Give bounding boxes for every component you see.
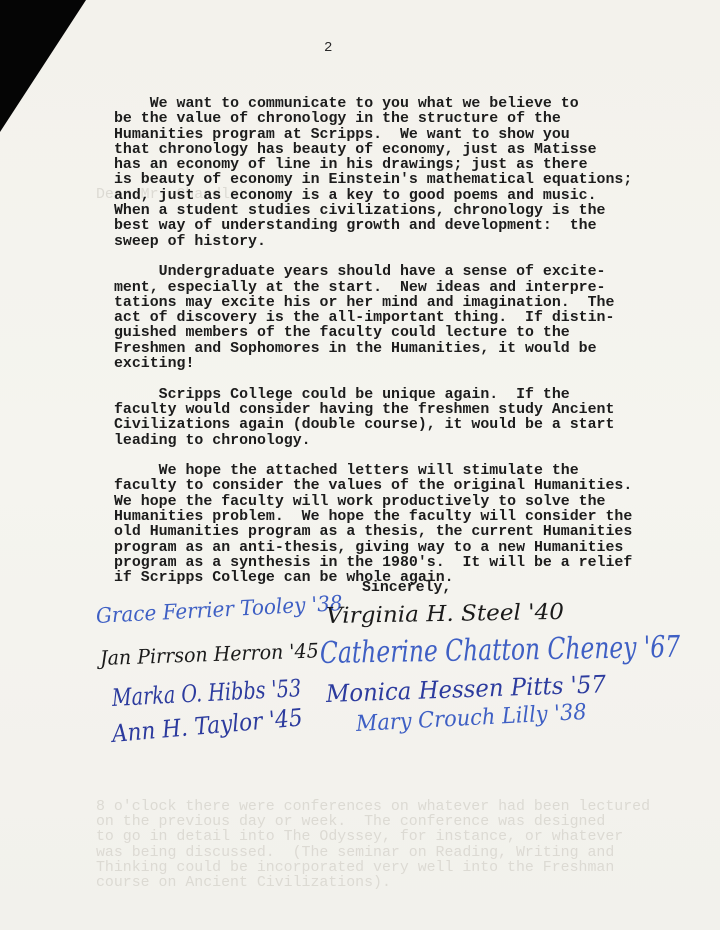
paragraph-chronology: We want to communicate to you what we be…	[114, 97, 694, 250]
document-page: Dear Mr. Chandler: 8 o'clock there were …	[0, 0, 720, 930]
signature-steel: Virginia H. Steel '40	[326, 600, 564, 629]
paragraph-attached-letters: We hope the attached letters will stimul…	[114, 464, 694, 586]
paragraph-scripps-unique: Scripps College could be unique again. I…	[114, 388, 694, 449]
paragraph-undergraduate: Undergraduate years should have a sense …	[114, 265, 694, 372]
scan-corner-shadow	[0, 0, 86, 132]
letter-body: We want to communicate to you what we be…	[114, 97, 694, 602]
closing-salutation: Sincerely,	[362, 580, 451, 596]
page-number: 2	[324, 40, 332, 56]
signature-cheney: Catherine Chatton Cheney '67	[320, 630, 681, 671]
